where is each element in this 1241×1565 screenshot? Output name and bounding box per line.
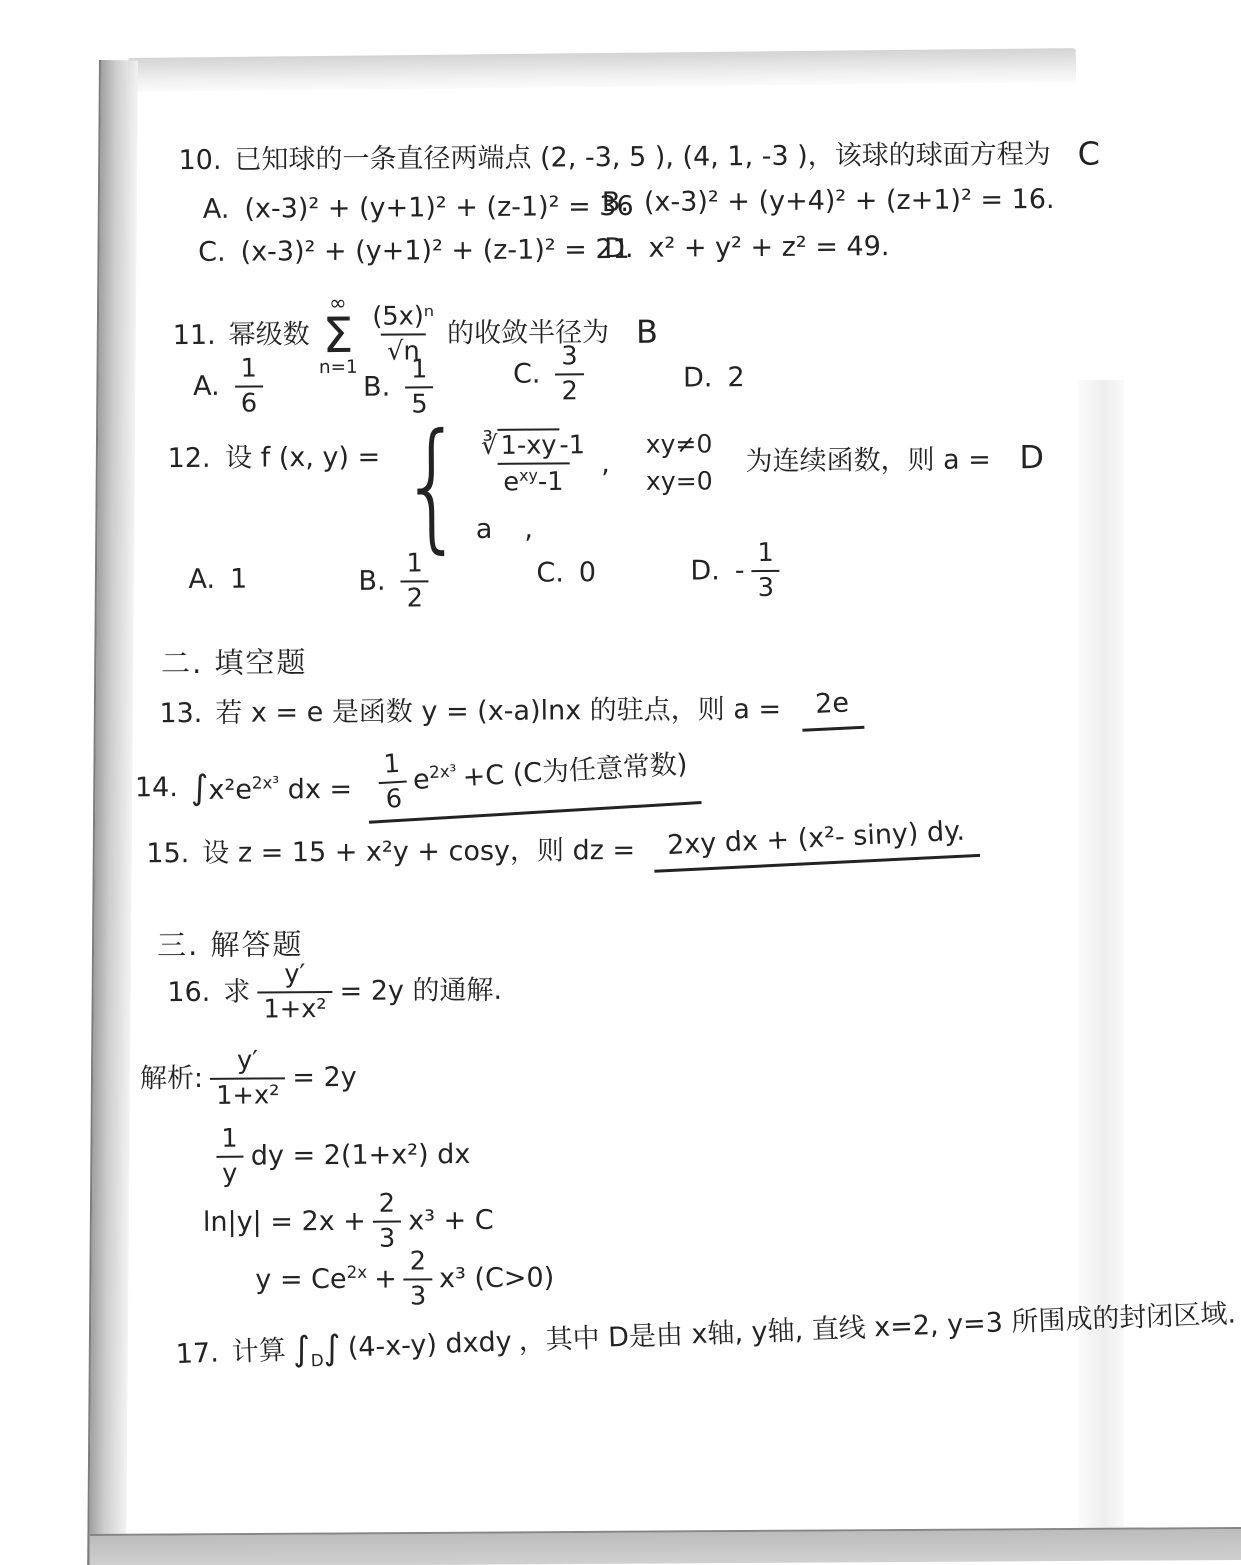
integral-sign: ∫ (191, 768, 209, 807)
q10-option-d-text: x² + y² + z² = 49. (648, 230, 889, 265)
q11-number: 11. (173, 319, 216, 353)
q16-solution-line1: 解析: y′ 1+x² = 2y (140, 1046, 357, 1111)
q12-option-c-text: 0 (579, 556, 596, 590)
q12-case2-value: a (476, 513, 493, 547)
q10-option-b-text: (x-3)² + (y+4)² + (z+1)² = 16. (644, 183, 1055, 220)
q14-integral: ∫x²e2x³ dx = (191, 766, 352, 809)
q16-stem-prefix: 求 (223, 975, 250, 1009)
q12-case1-comma: , (601, 447, 610, 481)
cube-root-symbol: ∛ (481, 431, 498, 461)
q11-option-d-text: 2 (727, 361, 744, 395)
q14-answer-base: e (412, 764, 430, 796)
q16-solution-line4: y = Ce2x + 2 3 x³ (C>0) (255, 1246, 554, 1312)
q11-option-d: D. 2 (683, 361, 745, 395)
sol3-rest: x³ + C (408, 1204, 494, 1238)
sum-lower-limit: n=1 (319, 359, 358, 378)
q12-option-a-text: 1 (230, 563, 247, 597)
q12-case1-fraction: ∛1-xy-1 exy-1 (475, 431, 591, 497)
q11-option-a: A. 1 6 (193, 354, 263, 418)
e-base: e (503, 467, 519, 497)
sol1-fraction: y′ 1+x² (210, 1046, 286, 1110)
q10-option-c-text: (x-3)² + (y+1)² + (z-1)² = 21 (240, 233, 629, 269)
q16-stem-fraction: y′ 1+x² (257, 960, 333, 1024)
q10-option-a-text: (x-3)² + (y+1)² + (z-1)² = 36 (244, 190, 633, 226)
q16-stem-suffix: = 2y 的通解. (339, 974, 502, 1009)
solution-label: 解析: (140, 1062, 203, 1096)
q14-integrand-exponent: 2x³ (252, 773, 279, 793)
sol4-pre: y = Ce (255, 1264, 346, 1296)
q14-line: 14. ∫x²e2x³ dx = 1 6 e2x³ +C (C为任意常数) (135, 747, 703, 825)
sol3-num: 2 (373, 1190, 402, 1221)
q12-option-d-sign: - (735, 554, 745, 588)
q10-number: 10. (178, 144, 221, 178)
q12-condition-2: xy=0 (646, 466, 713, 498)
q14-integrand: x²e (208, 775, 252, 806)
q11-stem-prefix: 幂级数 (229, 318, 310, 352)
summation-symbol: ∞ Σ n=1 (318, 292, 357, 378)
q11-option-b-num: 1 (405, 355, 434, 386)
sol4-plus: + (374, 1262, 397, 1296)
q12-stem-prefix: 设 f (x, y) = (225, 442, 380, 474)
q14-answer-num: 1 (377, 749, 407, 781)
q15-stem-text: 设 z = 15 + x²y + cosy，则 dz = (202, 833, 635, 870)
q10-option-c: C. (x-3)² + (y+1)² + (z-1)² = 21 (198, 233, 630, 270)
q16-solution-line3: ln|y| = 2x + 2 3 x³ + C (203, 1189, 494, 1254)
q11-term-numerator: (5x)ⁿ (366, 302, 440, 333)
sol3-pre: ln|y| = 2x + (203, 1205, 366, 1240)
sol1-den: 1+x² (210, 1077, 285, 1110)
q11-option-a-num: 1 (234, 354, 263, 385)
q12-option-d: D. - 1 3 (690, 539, 780, 603)
q16-solution-line2: 1 y dy = 2(1+x²) dx (215, 1123, 470, 1188)
sol2-den: y (216, 1155, 243, 1188)
q11-option-a-fraction: 1 6 (234, 354, 263, 418)
q12-case1-num-rest: -1 (559, 430, 585, 460)
section-2-header: 二. 填空题 (161, 644, 308, 681)
q10-option-a: A. (x-3)² + (y+1)² + (z-1)² = 36 (203, 190, 634, 227)
q12-number: 12. (167, 443, 210, 474)
worksheet-page: 10. 已知球的一条直径两端点 (2, -3, 5 ), (4, 1, -3 )… (0, 0, 1241, 1565)
q12-lead: 12. 设 f (x, y) = (167, 441, 380, 476)
q12-case2: a , (476, 512, 533, 546)
sol2-num: 1 (215, 1125, 244, 1156)
q10-option-b: B. (x-3)² + (y+4)² + (z+1)² = 16. (602, 183, 1055, 220)
q15-number: 15. (146, 837, 189, 871)
sol1-num: y′ (231, 1046, 264, 1077)
sol4-num: 2 (404, 1247, 433, 1278)
section-2-title: 二. 填空题 (161, 644, 308, 681)
integral-sign-1: ∫ (292, 1329, 311, 1369)
sol1-rhs: = 2y (292, 1061, 357, 1095)
q11-option-a-den: 6 (235, 385, 264, 418)
q12-conditions: xy≠0 xy=0 (646, 428, 713, 497)
q12-case1-den-rest: -1 (538, 467, 564, 497)
q14-answer-exp-term: e2x³ (412, 761, 458, 798)
q12-condition-1: xy≠0 (646, 428, 713, 460)
q12-option-b-den: 2 (401, 580, 430, 613)
q17-integrand: (4-x-y) dxdy (347, 1325, 512, 1365)
q13-line: 13. 若 x = e 是函数 y = (x-a)lnx 的驻点，则 a = 2… (159, 686, 864, 736)
q11-option-d-label: D. (683, 361, 713, 395)
exp-term: exy-1 (503, 466, 563, 497)
q14-answer: 1 6 e2x³ +C (C为任意常数) (365, 730, 702, 824)
q14-equals: dx = (288, 774, 353, 805)
q11-option-c: C. 3 2 (513, 342, 584, 406)
q12-case1-numerator: ∛1-xy-1 (475, 431, 591, 463)
q16-frac-num: y′ (278, 960, 311, 991)
q12-option-a: A. 1 (188, 563, 247, 597)
q11-option-a-label: A. (193, 370, 220, 404)
q12-option-d-den: 3 (752, 570, 781, 603)
q16-number: 16. (167, 976, 210, 1010)
sigma-glyph: Σ (323, 313, 354, 359)
worksheet-photo: 10. 已知球的一条直径两端点 (2, -3, 5 ), (4, 1, -3 )… (0, 0, 1241, 1565)
piecewise-brace: { (399, 426, 464, 545)
q14-answer-constant-note: +C (C为任意常数) (462, 748, 689, 795)
q10-option-d-label: D. (604, 232, 634, 266)
q16-frac-den: 1+x² (257, 991, 332, 1024)
q10-stem-text: 已知球的一条直径两端点 (2, -3, 5 ), (4, 1, -3 )，该球的… (234, 138, 1050, 177)
q14-number: 14. (135, 771, 178, 805)
q12-option-c: C. 0 (536, 556, 596, 590)
section-3-header: 三. 解答题 (157, 926, 304, 963)
e-exponent: xy (519, 465, 538, 484)
sol2-fraction: 1 y (215, 1125, 244, 1189)
section-3-title: 三. 解答题 (157, 926, 304, 963)
paper-bottom-edge-shadow (90, 1527, 1241, 1565)
q16-stem-line: 16. 求 y′ 1+x² = 2y 的通解. (167, 959, 502, 1025)
q14-answer-exponent: 2x³ (429, 761, 457, 783)
sol2-rest: dy = 2(1+x²) dx (251, 1138, 471, 1173)
sol4-fraction: 2 3 (404, 1247, 433, 1311)
q12-option-d-label: D. (690, 554, 720, 588)
q12-option-b-label: B. (358, 564, 385, 598)
sol4-den: 3 (404, 1278, 433, 1311)
integral-sign-2: ∫ (322, 1328, 341, 1368)
q11-option-c-label: C. (513, 357, 541, 391)
q12-option-d-num: 1 (751, 539, 780, 570)
q12-answer: D (1019, 438, 1044, 476)
q11-option-c-fraction: 3 2 (555, 342, 584, 406)
q12-option-d-fraction: 1 3 (751, 539, 780, 603)
q11-option-b-label: B. (363, 370, 390, 404)
q11-option-c-den: 2 (555, 373, 584, 406)
q11-answer: B (636, 313, 658, 353)
q12-option-b-num: 1 (400, 549, 429, 580)
q12-case1: ∛1-xy-1 exy-1 , xy≠0 xy=0 (475, 428, 713, 498)
q12-option-c-label: C. (536, 556, 564, 590)
q12-tail: 为连续函数，则 a = D (745, 438, 1044, 480)
q12-option-b-fraction: 1 2 (400, 549, 429, 613)
q12-stem-suffix: 为连续函数，则 a = (745, 444, 991, 477)
q17-stem-prefix: 计算 (231, 1334, 286, 1370)
q10-stem-line: 10. 已知球的一条直径两端点 (2, -3, 5 ), (4, 1, -3 )… (178, 135, 1100, 181)
q12-option-b: B. 1 2 (358, 549, 429, 613)
q14-answer-fraction: 1 6 (377, 749, 409, 814)
q10-answer: C (1078, 135, 1101, 175)
q17-double-integral: ∫D∫ (292, 1327, 342, 1372)
q13-number: 13. (159, 696, 202, 730)
q17-stem-rest: ，其中 D是由 x轴, y轴, 直线 x=2, y=3 所围成的封闭区域. (518, 1297, 1236, 1358)
q12-stem-line: 12. 设 f (x, y) = { ∛1-xy-1 exy-1 , (167, 422, 1044, 549)
q10-option-d: D. x² + y² + z² = 49. (604, 230, 890, 266)
q12-option-a-label: A. (188, 563, 215, 597)
q12-case1-denominator: exy-1 (497, 462, 569, 497)
q12-cases: ∛1-xy-1 exy-1 , xy≠0 xy=0 a , (475, 428, 713, 546)
q13-answer: 2e (800, 684, 864, 732)
sol4-rest: x³ (C>0) (439, 1261, 554, 1296)
q17-number: 17. (175, 1336, 219, 1371)
sol3-fraction: 2 3 (373, 1190, 402, 1254)
q11-option-c-num: 3 (555, 342, 584, 373)
q12-case2-comma: , (524, 512, 533, 546)
sol4-exp-term: y = Ce2x (255, 1262, 367, 1298)
q14-answer-den: 6 (379, 780, 409, 814)
q13-stem-text: 若 x = e 是函数 y = (x-a)lnx 的驻点，则 a = (215, 692, 781, 730)
sol4-exponent: 2x (346, 1262, 367, 1282)
q10-option-a-label: A. (203, 193, 230, 227)
q10-option-b-label: B. (602, 186, 629, 220)
radicand: 1-xy (497, 428, 559, 460)
q10-option-c-label: C. (198, 236, 226, 270)
q15-line: 15. 设 z = 15 + x²y + cosy，则 dz = 2xy dx … (146, 825, 980, 876)
